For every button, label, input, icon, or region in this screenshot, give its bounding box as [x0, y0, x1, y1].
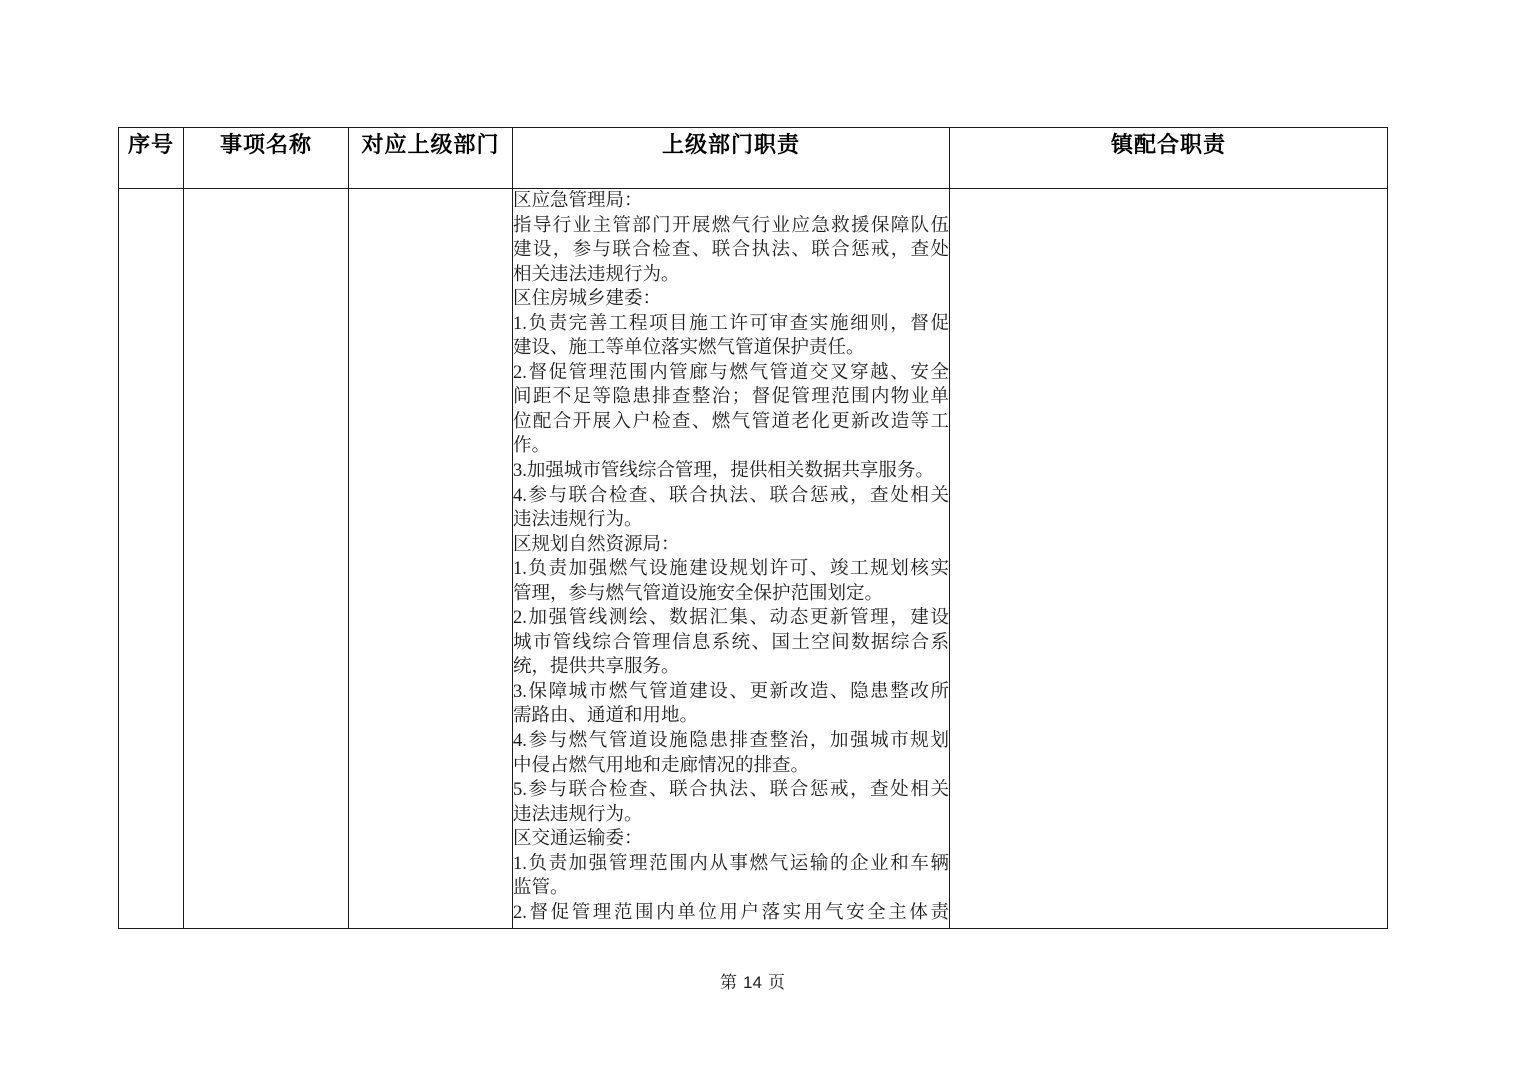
duty-line: 2.加强管线测绘、数据汇集、动态更新管理，建设	[513, 606, 949, 631]
cell-superior-duties: 区应急管理局：指导行业主管部门开展燃气行业应急救援保障队伍建设，参与联合检查、联…	[513, 189, 950, 929]
footer-suffix: 页	[768, 973, 785, 992]
duty-line: 指导行业主管部门开展燃气行业应急救援保障队伍	[513, 214, 949, 239]
duty-line: 违法违规行为。	[513, 508, 949, 533]
header-superior-duties: 上级部门职责	[513, 128, 950, 189]
cell-serial-number	[119, 189, 184, 929]
header-serial-number: 序号	[119, 128, 184, 189]
cell-superior-department	[349, 189, 513, 929]
duty-line: 1.负责加强管理范围内从事燃气运输的企业和车辆	[513, 852, 949, 877]
document-page: 序号 事项名称 对应上级部门 上级部门职责 镇配合职责 区应急管理局：指导行业主…	[0, 0, 1520, 1074]
duty-line: 位配合开展入户检查、燃气管道老化更新改造等工	[513, 410, 949, 435]
duty-line: 2.督促管理范围内管廊与燃气管道交叉穿越、安全	[513, 361, 949, 386]
duty-line: 区交通运输委：	[513, 827, 949, 852]
cell-town-cooperation-duties	[950, 189, 1388, 929]
duty-line: 管理，参与燃气管道设施安全保护范围划定。	[513, 582, 949, 607]
duty-line: 2.督促管理范围内单位用户落实用气安全主体责	[513, 901, 949, 926]
duty-line: 城市管线综合管理信息系统、国土空间数据综合系	[513, 631, 949, 656]
duty-line: 间距不足等隐患排查整治；督促管理范围内物业单	[513, 385, 949, 410]
duty-line: 建设，参与联合检查、联合执法、联合惩戒，查处	[513, 238, 949, 263]
duty-line: 区应急管理局：	[513, 189, 949, 214]
responsibilities-table: 序号 事项名称 对应上级部门 上级部门职责 镇配合职责 区应急管理局：指导行业主…	[118, 127, 1388, 929]
duty-line: 4.参与联合检查、联合执法、联合惩戒，查处相关	[513, 484, 949, 509]
footer-page-number: 14	[743, 973, 762, 992]
duty-line: 中侵占燃气用地和走廊情况的排查。	[513, 754, 949, 779]
duty-line: 区住房城乡建委：	[513, 287, 949, 312]
table-header-row: 序号 事项名称 对应上级部门 上级部门职责 镇配合职责	[119, 128, 1388, 189]
duty-line: 建设、施工等单位落实燃气管道保护责任。	[513, 336, 949, 361]
duty-line: 1.负责加强燃气设施建设规划许可、竣工规划核实	[513, 557, 949, 582]
page-footer: 第14页	[118, 968, 1387, 993]
duty-line: 作。	[513, 434, 949, 459]
duty-line: 1.负责完善工程项目施工许可审查实施细则，督促	[513, 312, 949, 337]
footer-prefix: 第	[720, 973, 737, 992]
duty-line: 3.保障城市燃气管道建设、更新改造、隐患整改所	[513, 680, 949, 705]
duty-line: 相关违法违规行为。	[513, 263, 949, 288]
header-town-cooperation-duties: 镇配合职责	[950, 128, 1388, 189]
header-item-name: 事项名称	[184, 128, 349, 189]
duty-line: 3.加强城市管线综合管理，提供相关数据共享服务。	[513, 459, 949, 484]
duty-line: 监管。	[513, 876, 949, 901]
table-row: 区应急管理局：指导行业主管部门开展燃气行业应急救援保障队伍建设，参与联合检查、联…	[119, 189, 1388, 929]
duty-line: 4.参与燃气管道设施隐患排查整治，加强城市规划	[513, 729, 949, 754]
duty-line: 区规划自然资源局：	[513, 533, 949, 558]
cell-item-name	[184, 189, 349, 929]
header-superior-department: 对应上级部门	[349, 128, 513, 189]
duty-line: 违法违规行为。	[513, 803, 949, 828]
duty-line: 需路由、通道和用地。	[513, 704, 949, 729]
duty-line: 统，提供共享服务。	[513, 655, 949, 680]
duty-line: 5.参与联合检查、联合执法、联合惩戒，查处相关	[513, 778, 949, 803]
superior-duties-text: 区应急管理局：指导行业主管部门开展燃气行业应急救援保障队伍建设，参与联合检查、联…	[513, 189, 949, 925]
